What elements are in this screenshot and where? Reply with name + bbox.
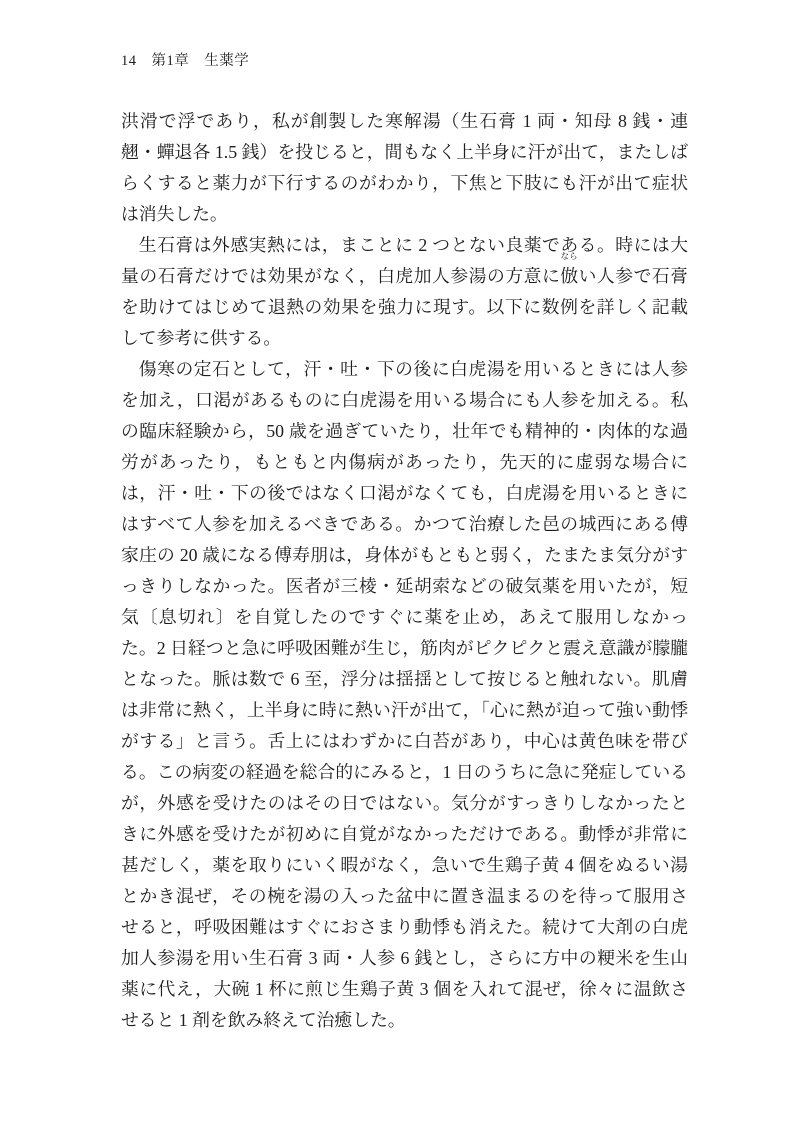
page-number: 14 <box>121 53 137 69</box>
chapter-title: 第1章 生薬学 <box>152 53 250 69</box>
ruby-furigana: なら <box>561 252 578 261</box>
book-page: 14第1章 生薬学 洪滑で浮であり，私が創製した寒解湯（生石膏 1 両・知母 8… <box>0 0 800 1135</box>
ruby-annotation: なら倣 <box>560 261 578 292</box>
page-body: 洪滑で浮であり，私が創製した寒解湯（生石膏 1 両・知母 8 銭・連翹・蟬退各 … <box>121 106 688 1036</box>
page-header: 14第1章 生薬学 <box>121 53 249 70</box>
paragraph-3: 傷寒の定石として，汗・吐・下の後に白虎湯を用いるときには人参を加え，口渇があるも… <box>121 354 688 1036</box>
paragraph-2: 生石膏は外感実熱には，まことに 2 つとない良薬である。時には大量の石膏だけでは… <box>121 230 688 354</box>
ruby-base: 倣 <box>560 266 578 286</box>
paragraph-1: 洪滑で浮であり，私が創製した寒解湯（生石膏 1 両・知母 8 銭・連翹・蟬退各 … <box>121 106 688 230</box>
